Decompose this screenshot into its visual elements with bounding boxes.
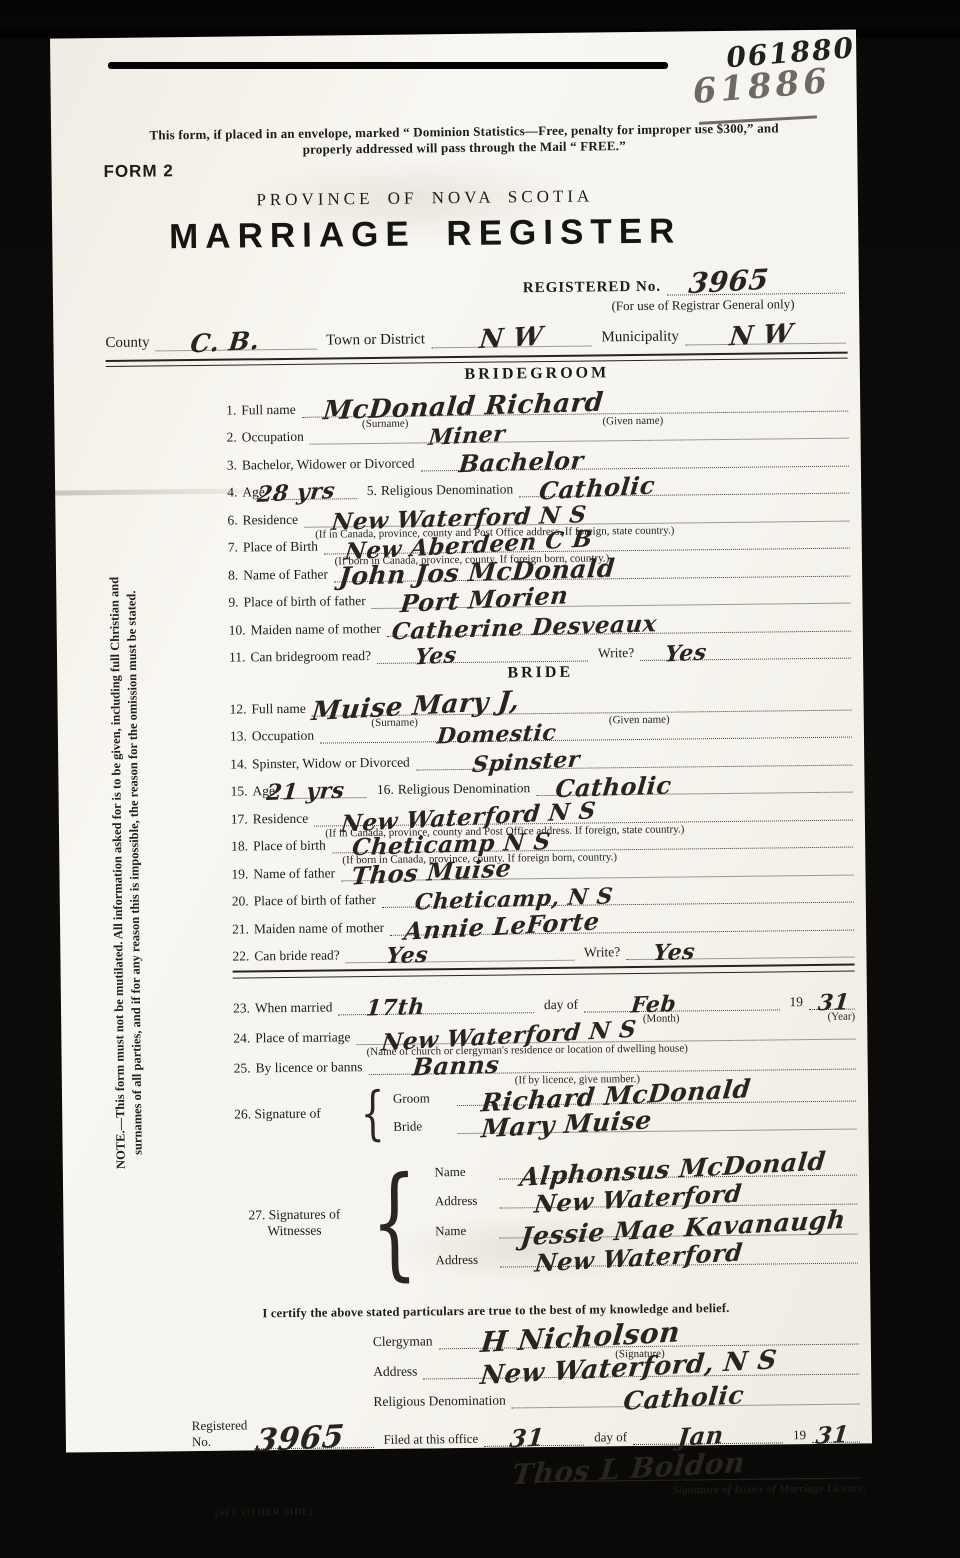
filed-year-field: 31 [812, 1442, 860, 1444]
row-number: 8. [228, 567, 238, 583]
handwritten-value: Miner [427, 421, 506, 451]
address-label: Address [373, 1364, 417, 1381]
form-body: BRIDEGROOM 1. Full name McDonald Richard… [226, 360, 861, 1519]
row-label: Maiden name of mother [251, 620, 381, 637]
location-row: County C. B. Town or District N W Munici… [105, 320, 845, 352]
bride-signature-row: Bride Mary Muise [393, 1102, 856, 1135]
row-number: 25. [234, 1060, 251, 1076]
row-number: 7. [228, 540, 238, 556]
row-number: 20. [232, 893, 249, 909]
handwritten-value: Yes [652, 939, 696, 966]
groom-label: Groom [393, 1090, 451, 1107]
signature-of-block: 26. Signature of { Groom Richard McDonal… [234, 1074, 857, 1149]
row-number: 15. [230, 783, 247, 799]
row-label: Occupation [242, 429, 304, 446]
row-number: 23. [233, 1000, 250, 1016]
row-label: By licence or banns [255, 1059, 362, 1076]
handwritten-value: 17th [365, 994, 426, 1022]
row-label: Religious Denomination [381, 481, 514, 499]
row-label: When married [255, 999, 333, 1016]
row-number: 4. [227, 485, 237, 501]
given-name-caption: (Given name) [609, 713, 670, 726]
witnesses-label: 27. Signatures of Witnesses [235, 1206, 353, 1239]
row-label: Occupation [252, 728, 314, 745]
row-label: Name of Father [243, 566, 328, 583]
filed-label: Filed at this office [383, 1431, 478, 1448]
handwritten-value: 31 [817, 989, 851, 1016]
read-field: Yes [346, 960, 574, 964]
registered-no-row: REGISTERED No. 3965 [523, 268, 845, 298]
form-number-label: FORM 2 [103, 161, 173, 182]
registered-no-field: 3965 [254, 1447, 374, 1449]
issuer-caption: Signature of Issuer of Marriage Licence. [672, 1482, 866, 1496]
registered-no-label: Registered No. [192, 1417, 248, 1450]
witness-address-field: New Waterford [500, 1263, 858, 1268]
witnesses-block: 27. Signatures of Witnesses { Name Alpho… [235, 1146, 859, 1295]
printed-brace: { [370, 1151, 418, 1294]
county-field: C. B. [156, 349, 316, 352]
bride-label: Bride [393, 1118, 451, 1135]
row-number: 24. [233, 1030, 250, 1046]
handwritten-value: Yes [414, 642, 458, 670]
scanned-document-background: 061880 61886 This form, if placed in an … [0, 0, 960, 1558]
write-label: Write? [584, 944, 620, 960]
handwritten-value: 28 yrs [255, 478, 336, 508]
row-number: 13. [230, 728, 247, 744]
row-number: 3. [227, 457, 237, 473]
day-of-label: day of [594, 1429, 627, 1445]
marriage-register-form-page: 061880 61886 This form, if placed in an … [50, 29, 872, 1452]
day-of-label: day of [544, 997, 578, 1013]
witness-rows: Name Alphonsus McDonald Address New Wate… [434, 1146, 858, 1293]
year-prefix: 19 [793, 1427, 806, 1443]
given-name-caption: (Given name) [602, 414, 663, 427]
signature-of-label: 26. Signature of [234, 1105, 352, 1122]
vertical-margin-note: NOTE.—This form must not be mutilated. A… [106, 560, 147, 1186]
filed-year-value: 31 [815, 1421, 851, 1450]
printed-brace: { [360, 1079, 385, 1147]
row-label: Place of birth of father [254, 892, 376, 909]
row-number: 18. [231, 838, 248, 854]
row-number: 5. [367, 483, 377, 499]
row-number: 17. [231, 811, 248, 827]
row-number: 12. [230, 701, 247, 717]
issuer-signature-block: Thos L Boldon Signature of Issuer of Mar… [538, 1447, 860, 1495]
municipality-field: N W [685, 343, 845, 346]
town-value: N W [478, 322, 545, 356]
row-label: Bachelor, Widower or Divorced [242, 455, 415, 473]
registered-no-value: 3965 [254, 1418, 346, 1459]
filed-day-field: 31 [484, 1445, 584, 1447]
witness-address-label: Address [435, 1193, 493, 1210]
handwritten-value: Domestic [436, 720, 558, 750]
row-label: Name of father [253, 865, 335, 882]
town-label: Town or District [326, 331, 425, 349]
handwritten-value: Yes [664, 639, 708, 667]
clergyman-label: Clergyman [373, 1333, 433, 1350]
row-label: Full name [251, 700, 306, 717]
row-label: Place of marriage [255, 1029, 350, 1046]
handwritten-value: Yes [386, 942, 430, 969]
row-number: 22. [232, 948, 249, 964]
row-label: Religious Denomination [398, 780, 531, 798]
municipality-value: N W [728, 319, 795, 353]
row-number: 1. [226, 402, 236, 418]
county-value: C. B. [189, 326, 261, 359]
registered-no-value: 3965 [687, 263, 770, 300]
handwritten-value: Bachelor [458, 445, 586, 478]
row-label: Can bride read? [254, 947, 340, 964]
handwritten-value: Banns [411, 1050, 500, 1082]
witness-address-label: Address [435, 1252, 493, 1269]
row-number: 2. [226, 430, 236, 446]
row-label: Full name [241, 401, 296, 418]
row-number: 10. [229, 622, 246, 638]
filed-month-field: Jan [633, 1442, 783, 1445]
bride-signature-field: Mary Muise [457, 1129, 856, 1135]
county-label: County [105, 335, 149, 353]
row-label: Place of Birth [243, 539, 318, 556]
denomination-field: Catholic [512, 1404, 860, 1409]
province-heading: PROVINCE OF NOVA SCOTIA [52, 184, 798, 212]
row-number: 16. [377, 782, 394, 798]
row-label: Can bridegroom read? [250, 648, 371, 665]
denomination-label: Religious Denomination [373, 1393, 506, 1411]
registered-no-label: REGISTERED No. [523, 279, 661, 298]
row-number: 6. [227, 512, 237, 528]
row-label: Spinster, Widow or Divorced [252, 754, 410, 772]
write-field: Yes [626, 957, 854, 961]
handwritten-file-number-pencil: 61886 [691, 61, 832, 112]
double-rule [233, 964, 855, 979]
handwritten-value: 21 yrs [266, 778, 346, 806]
mail-notice: This form, if placed in an envelope, mar… [111, 120, 817, 160]
witness-name-label: Name [435, 1222, 493, 1239]
row-label: Residence [243, 511, 299, 528]
handwritten-value: Feb [630, 991, 678, 1018]
witness-name-label: Name [434, 1163, 492, 1180]
row-number: 14. [230, 756, 247, 772]
filed-day-value: 31 [509, 1422, 546, 1453]
row-number: 21. [232, 921, 249, 937]
filing-row: Registered No. 3965 Filed at this office… [192, 1409, 860, 1451]
row-number: 11. [229, 649, 246, 665]
page-title: MARRIAGE REGISTER [52, 210, 798, 258]
signature-rows: Groom Richard McDonald Bride Mary Muise [393, 1074, 857, 1147]
write-label: Write? [598, 645, 634, 661]
row-number: 9. [228, 595, 238, 611]
year-prefix: 19 [789, 994, 803, 1010]
row-label: Maiden name of mother [254, 919, 384, 936]
row-number: 19. [231, 866, 248, 882]
town-field: N W [431, 345, 591, 348]
row-label: Place of birth of father [243, 593, 365, 610]
see-other-side-note: [SEE OTHER SIDE] [215, 1501, 861, 1519]
row-label: Residence [253, 810, 309, 827]
row-label: Place of birth [253, 838, 326, 855]
municipality-label: Municipality [601, 329, 679, 347]
witness-name-row: Name Alphonsus McDonald [434, 1146, 857, 1180]
